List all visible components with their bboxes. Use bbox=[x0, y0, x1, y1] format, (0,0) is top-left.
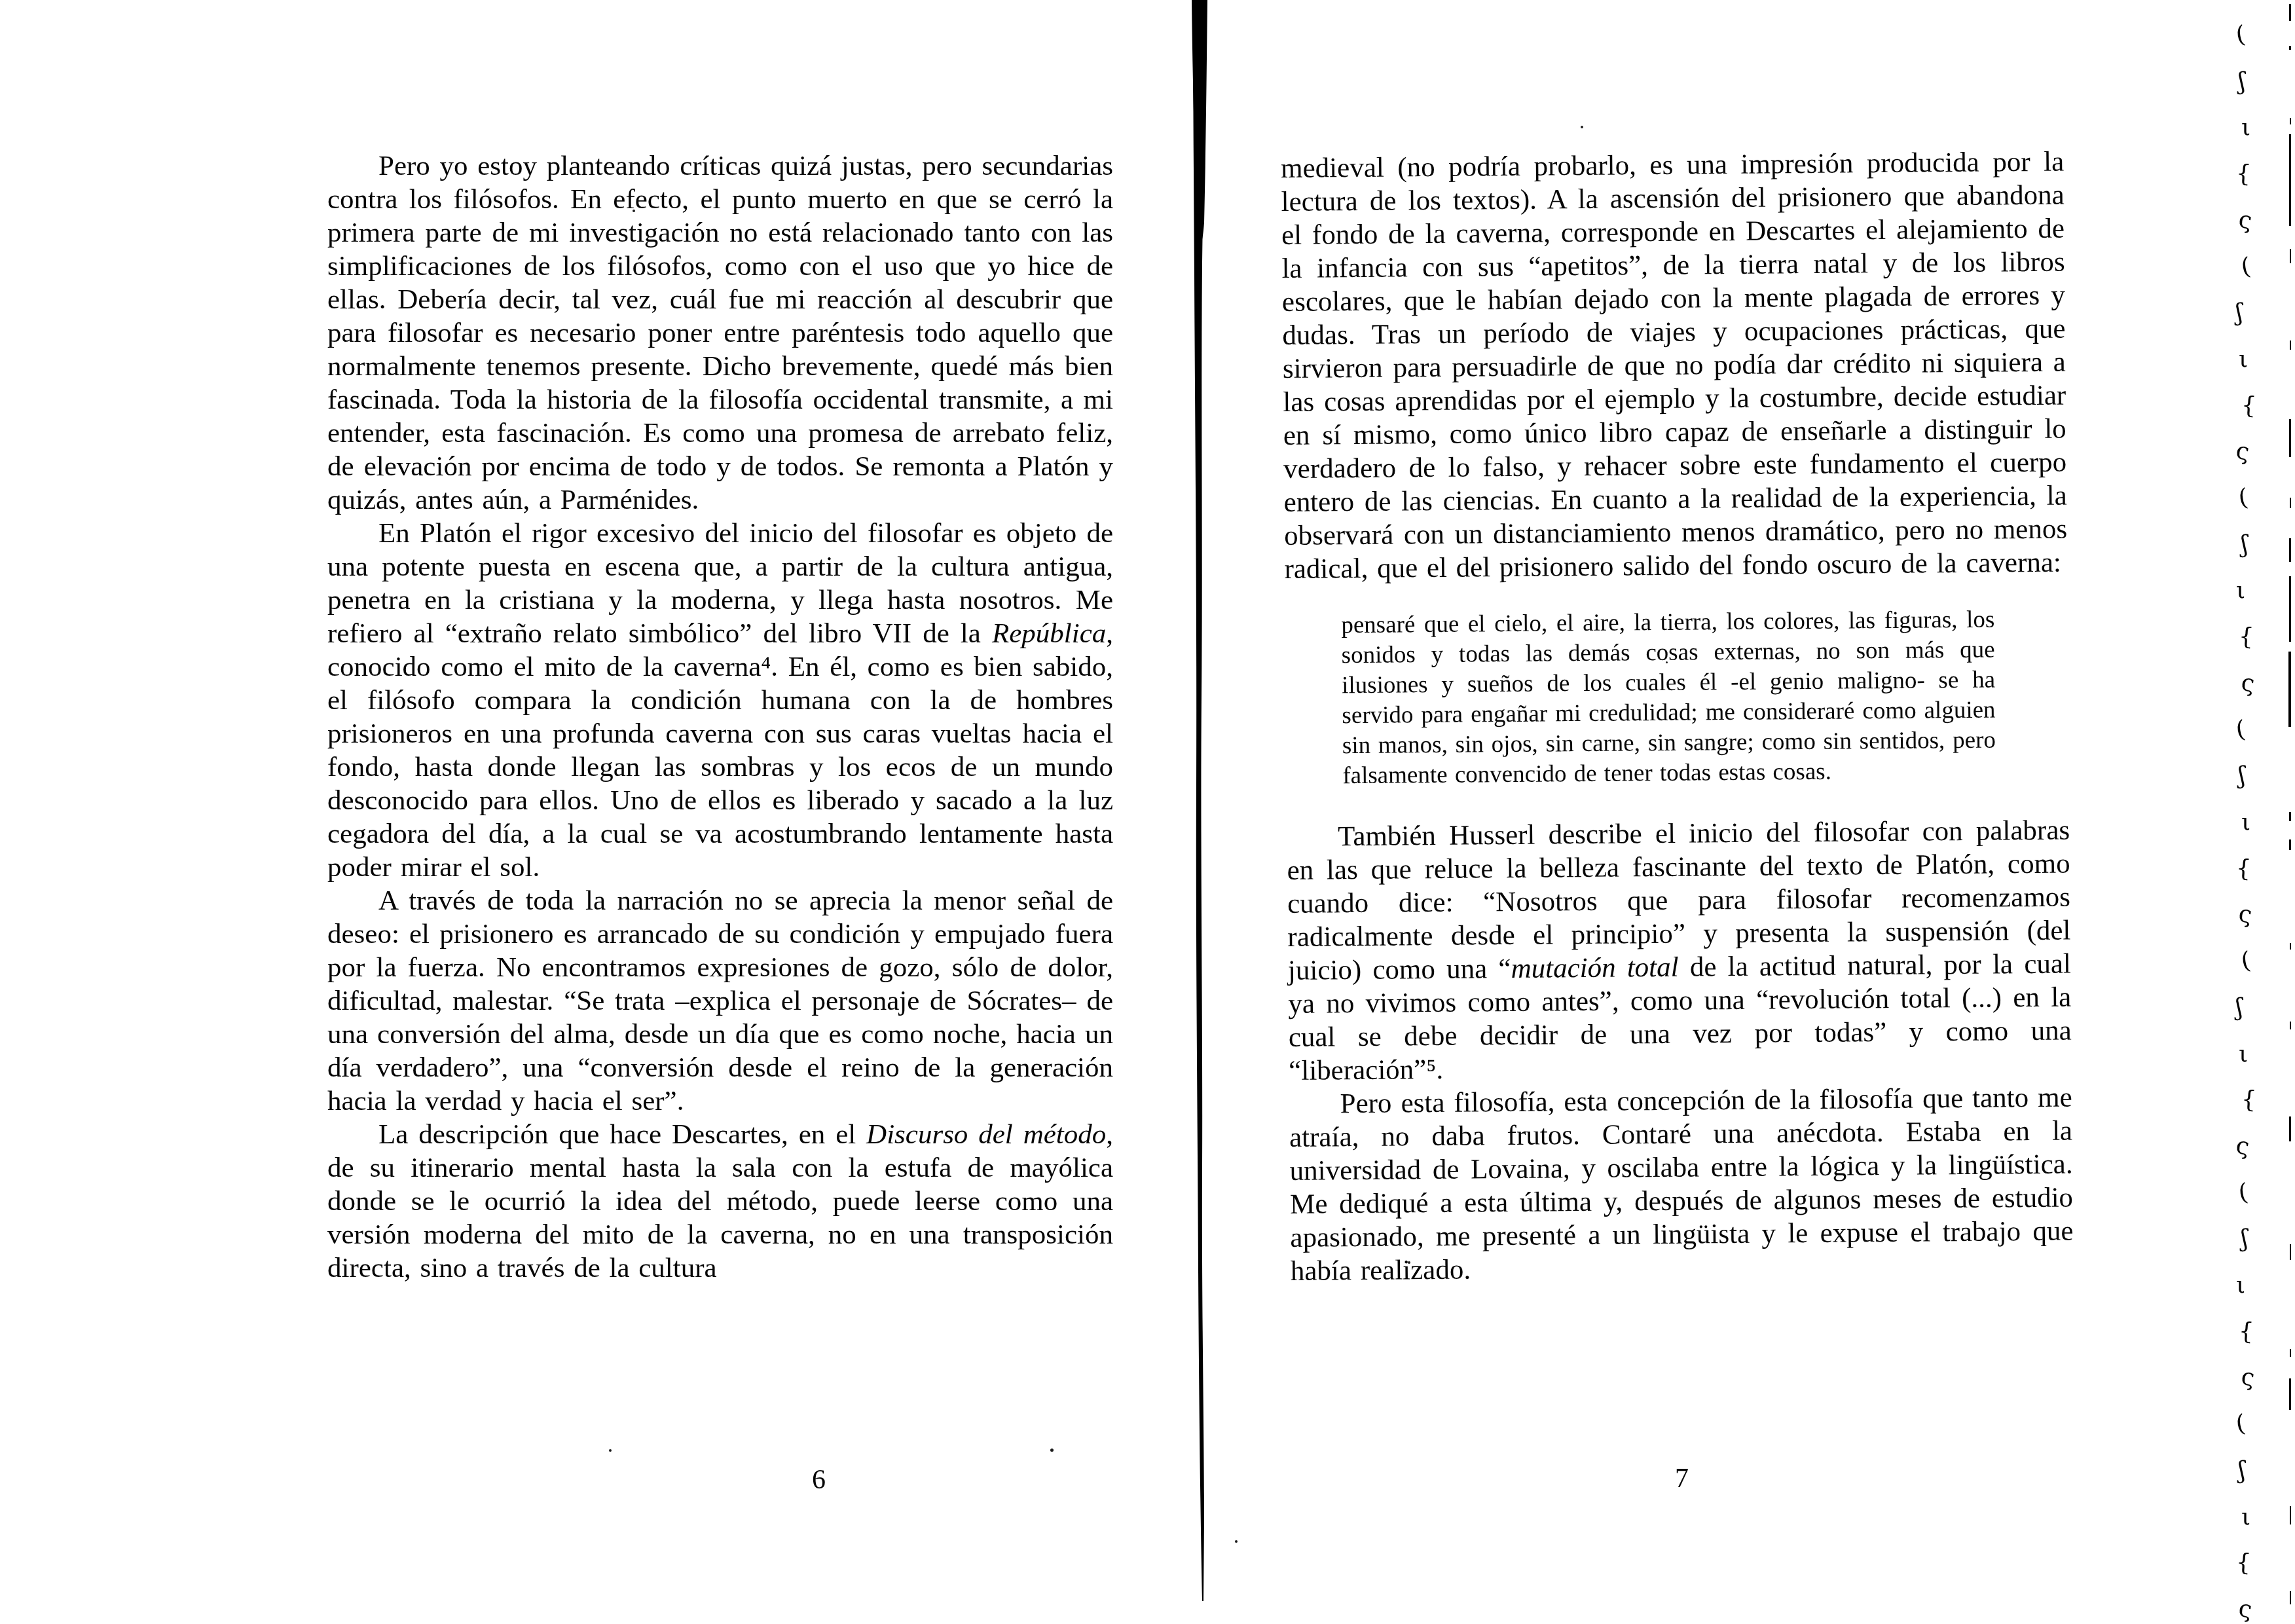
edge-curl-mark: ( bbox=[2235, 718, 2247, 743]
edge-curl-mark: ς bbox=[2240, 671, 2256, 696]
italic-text-segment: mutación total bbox=[1511, 952, 1679, 984]
edge-print-fragment bbox=[2290, 118, 2291, 124]
edge-curl-mark: ι bbox=[2236, 1274, 2245, 1297]
edge-curl-mark: ς bbox=[2237, 902, 2254, 927]
edge-print-fragment bbox=[2289, 538, 2291, 562]
dust-speck bbox=[1050, 1449, 1054, 1452]
text-segment: Pero esta filosofía, esta concepción de … bbox=[1289, 1082, 2074, 1287]
edge-curl-mark: ι bbox=[2241, 1505, 2250, 1529]
edge-print-fragment bbox=[2290, 1591, 2291, 1604]
dust-speck bbox=[1408, 1261, 1410, 1264]
edge-curl-mark: ι bbox=[2236, 579, 2245, 602]
edge-print-fragment bbox=[2290, 1349, 2291, 1357]
paragraph: Pero esta filosofía, esta concepción de … bbox=[1289, 1081, 2074, 1288]
edge-print-fragment bbox=[2290, 1244, 2291, 1260]
edge-curl-mark: { bbox=[2238, 625, 2254, 650]
edge-curl-mark: ʃ bbox=[2241, 532, 2249, 557]
edge-print-fragment bbox=[2290, 1022, 2291, 1029]
edge-print-fragment bbox=[2289, 1116, 2291, 1141]
text-segment: La descripción que hace Descartes, en el bbox=[378, 1119, 866, 1150]
edge-curl-mark: { bbox=[2235, 857, 2252, 881]
edge-curl-mark: ι bbox=[2239, 348, 2248, 371]
edge-print-fragment bbox=[2290, 498, 2291, 508]
edge-print-fragment bbox=[2289, 419, 2291, 457]
text-segment: Pero yo estoy planteando críticas quizá … bbox=[327, 151, 1113, 515]
edge-curl-mark: ς bbox=[2235, 439, 2251, 464]
right-page-text-column: medieval (no podría probarlo, es una imp… bbox=[1281, 145, 2074, 1288]
edge-curl-mark: ς bbox=[2235, 1134, 2251, 1159]
edge-print-fragment bbox=[2289, 4, 2291, 21]
edge-curl-mark: ι bbox=[2241, 811, 2250, 834]
dust-speck bbox=[1581, 126, 1583, 128]
edge-curl-mark: { bbox=[2241, 394, 2257, 418]
left-page-text-column: Pero yo estoy planteando críticas quizá … bbox=[327, 149, 1113, 1285]
paragraph: A través de toda la narración no se apre… bbox=[327, 884, 1113, 1118]
paragraph: Pero yo estoy planteando críticas quizá … bbox=[327, 149, 1113, 517]
edge-curl-mark: ʃ bbox=[2238, 1459, 2246, 1483]
edge-print-fragment bbox=[2290, 341, 2291, 350]
italic-text-segment: Discurso del método bbox=[866, 1119, 1106, 1150]
edge-curl-mark: ʃ bbox=[2235, 301, 2243, 325]
edge-print-fragment bbox=[2289, 576, 2291, 642]
paragraph: También Husserl describe el inicio del f… bbox=[1287, 814, 2072, 1088]
edge-curl-mark: { bbox=[2235, 162, 2252, 187]
edge-curl-mark: ( bbox=[2240, 949, 2252, 974]
dust-speck bbox=[1235, 1540, 1238, 1543]
edge-curl-mark: ς bbox=[2240, 1365, 2256, 1390]
dust-speck bbox=[1666, 661, 1668, 663]
edge-curl-mark: ʃ bbox=[2241, 1227, 2249, 1251]
text-segment: , conocido como el mito de la caverna⁴. … bbox=[327, 618, 1113, 883]
edge-curl-mark: ( bbox=[2240, 255, 2252, 280]
edge-print-fragment bbox=[2289, 1378, 2291, 1410]
italic-text-segment: República bbox=[992, 618, 1106, 649]
edge-print-fragment bbox=[2290, 1506, 2291, 1524]
paragraph: En Platón el rigor excesivo del inicio d… bbox=[327, 517, 1113, 884]
edge-curl-mark: ( bbox=[2235, 23, 2247, 48]
edge-curl-mark: ι bbox=[2239, 1043, 2248, 1066]
edge-curl-mark: ς bbox=[2237, 208, 2254, 233]
edge-print-fragment bbox=[2290, 249, 2291, 263]
edge-print-fragment bbox=[2289, 840, 2291, 850]
paragraph: medieval (no podría probarlo, es una imp… bbox=[1281, 145, 2068, 586]
edge-print-fragment bbox=[2288, 652, 2291, 727]
edge-print-fragment bbox=[2289, 46, 2291, 50]
edge-print-fragment bbox=[2290, 943, 2291, 950]
edge-curl-mark: ς bbox=[2237, 1597, 2254, 1622]
edge-curl-mark: ( bbox=[2237, 1181, 2250, 1206]
edge-print-fragment bbox=[2289, 134, 2291, 226]
paragraph: La descripción que hace Descartes, en el… bbox=[327, 1118, 1113, 1285]
gutter-binding-line bbox=[1186, 0, 1217, 1611]
page-number-right: 7 bbox=[1675, 1463, 1689, 1494]
edge-curl-mark: ι bbox=[2241, 116, 2250, 139]
edge-curl-mark: { bbox=[2241, 1088, 2257, 1113]
edge-print-fragment bbox=[2289, 812, 2291, 821]
edge-curl-mark: { bbox=[2238, 1319, 2254, 1344]
edge-curl-mark: ʃ bbox=[2238, 69, 2246, 94]
text-segment: A través de toda la narración no se apre… bbox=[327, 885, 1113, 1116]
edge-curl-mark: ( bbox=[2235, 1412, 2247, 1437]
dust-speck bbox=[633, 210, 635, 212]
edge-curl-mark: ʃ bbox=[2235, 996, 2243, 1020]
text-segment: pensaré que el cielo, el aire, la tierra… bbox=[1341, 606, 1996, 790]
dust-speck bbox=[609, 1449, 612, 1452]
text-segment: medieval (no podría probarlo, es una imp… bbox=[1281, 147, 2067, 585]
descartes-block-quote: pensaré que el cielo, el aire, la tierra… bbox=[1341, 605, 1996, 792]
page-number-left: 6 bbox=[812, 1464, 826, 1496]
edge-curl-mark: ʃ bbox=[2238, 764, 2246, 788]
edge-curl-mark: ( bbox=[2237, 486, 2250, 511]
edge-curl-mark: { bbox=[2235, 1551, 2252, 1576]
